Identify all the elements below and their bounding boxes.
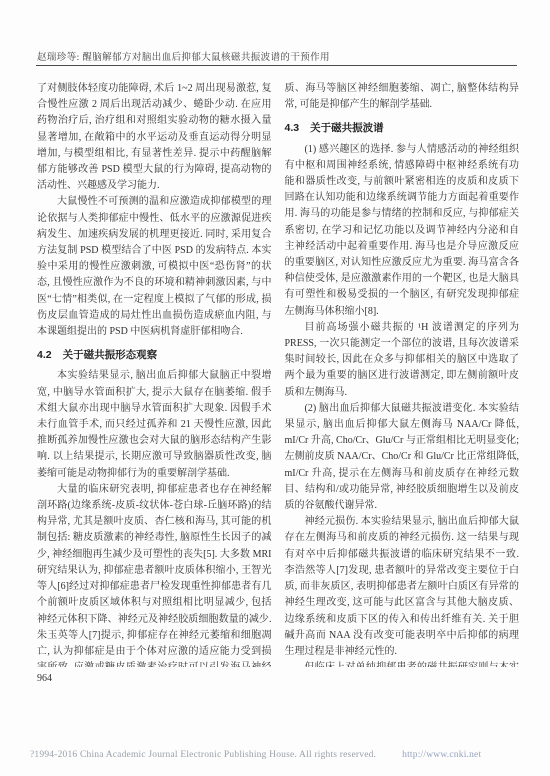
paragraph: 了对侧肢体轻度功能障碍, 术后 1~2 周出现易激惹, 复合慢性应激 2 周后出… xyxy=(37,81,272,194)
footer-url: http://www.cnki.net xyxy=(402,750,481,760)
paragraph: 神经元损伤. 本实验结果显示, 脑出血后抑郁大鼠存在左侧海马和前皮质的神经元损伤… xyxy=(285,514,520,660)
paragraph: 但临床上对单纯抑郁患者的磁共振研究则与本实验结果一致. 吴飚[8]对抑郁患者进行… xyxy=(285,660,520,667)
running-head: 赵瑞珍等: 醒脑解郁方对脑出血后抑郁大鼠核磁共振波谱的干预作用 xyxy=(37,49,517,63)
section-heading-4-2: 4.2 关于磁共振形态观察 xyxy=(37,347,272,363)
copyright-notice: ?1994-2016 China Academic Journal Electr… xyxy=(30,750,376,760)
section-number: 4.3 xyxy=(285,120,300,136)
section-number: 4.2 xyxy=(37,347,52,363)
footer: ?1994-2016 China Academic Journal Electr… xyxy=(30,750,532,760)
two-column-body: 了对侧肢体轻度功能障碍, 术后 1~2 周出现易激惹, 复合慢性应激 2 周后出… xyxy=(37,81,519,667)
right-column: 质、海马等脑区神经细胞萎缩、凋亡, 脑整体结构异常, 可能是抑郁产生的解剖学基础… xyxy=(285,81,520,667)
scanned-paper-page: 赵瑞珍等: 醒脑解郁方对脑出血后抑郁大鼠核磁共振波谱的干预作用 了对侧肢体轻度功… xyxy=(0,0,550,776)
paragraph: 大量的临床研究表明, 抑郁症患者也存在神经解剖环路(边缘系统-皮质-纹状体-苍白… xyxy=(37,482,272,667)
header-rule xyxy=(36,65,517,66)
section-heading-4-3: 4.3 关于磁共振波谱 xyxy=(285,120,520,136)
page-number: 964 xyxy=(37,673,52,684)
section-title: 关于磁共振波谱 xyxy=(310,120,384,136)
section-title: 关于磁共振形态观察 xyxy=(63,347,158,363)
paragraph: (2) 脑出血后抑郁大鼠磁共振波谱变化. 本实验结果显示, 脑出血后抑郁大鼠左侧… xyxy=(285,401,520,514)
paragraph: 本实验结果显示, 脑出血后抑郁大鼠脑正中裂增宽, 中脑导水管面积扩大, 提示大鼠… xyxy=(37,368,272,481)
paragraph: 大鼠慢性不可预测的温和应激造成抑郁模型的理论依据与人类抑郁症中慢性、低水平的应激… xyxy=(37,194,272,340)
paragraph: 目前高场强小磁共振的 ¹H 波谱测定的序列为 PRESS, 一次只能测定一个部位… xyxy=(285,320,520,401)
paragraph: 质、海马等脑区神经细胞萎缩、凋亡, 脑整体结构异常, 可能是抑郁产生的解剖学基础… xyxy=(285,81,520,113)
paragraph: (1) 感兴趣区的选择. 参与人情感活动的神经组织有中枢和周围神经系统, 情感障… xyxy=(285,142,520,320)
left-column: 了对侧肢体轻度功能障碍, 术后 1~2 周出现易激惹, 复合慢性应激 2 周后出… xyxy=(37,81,272,667)
